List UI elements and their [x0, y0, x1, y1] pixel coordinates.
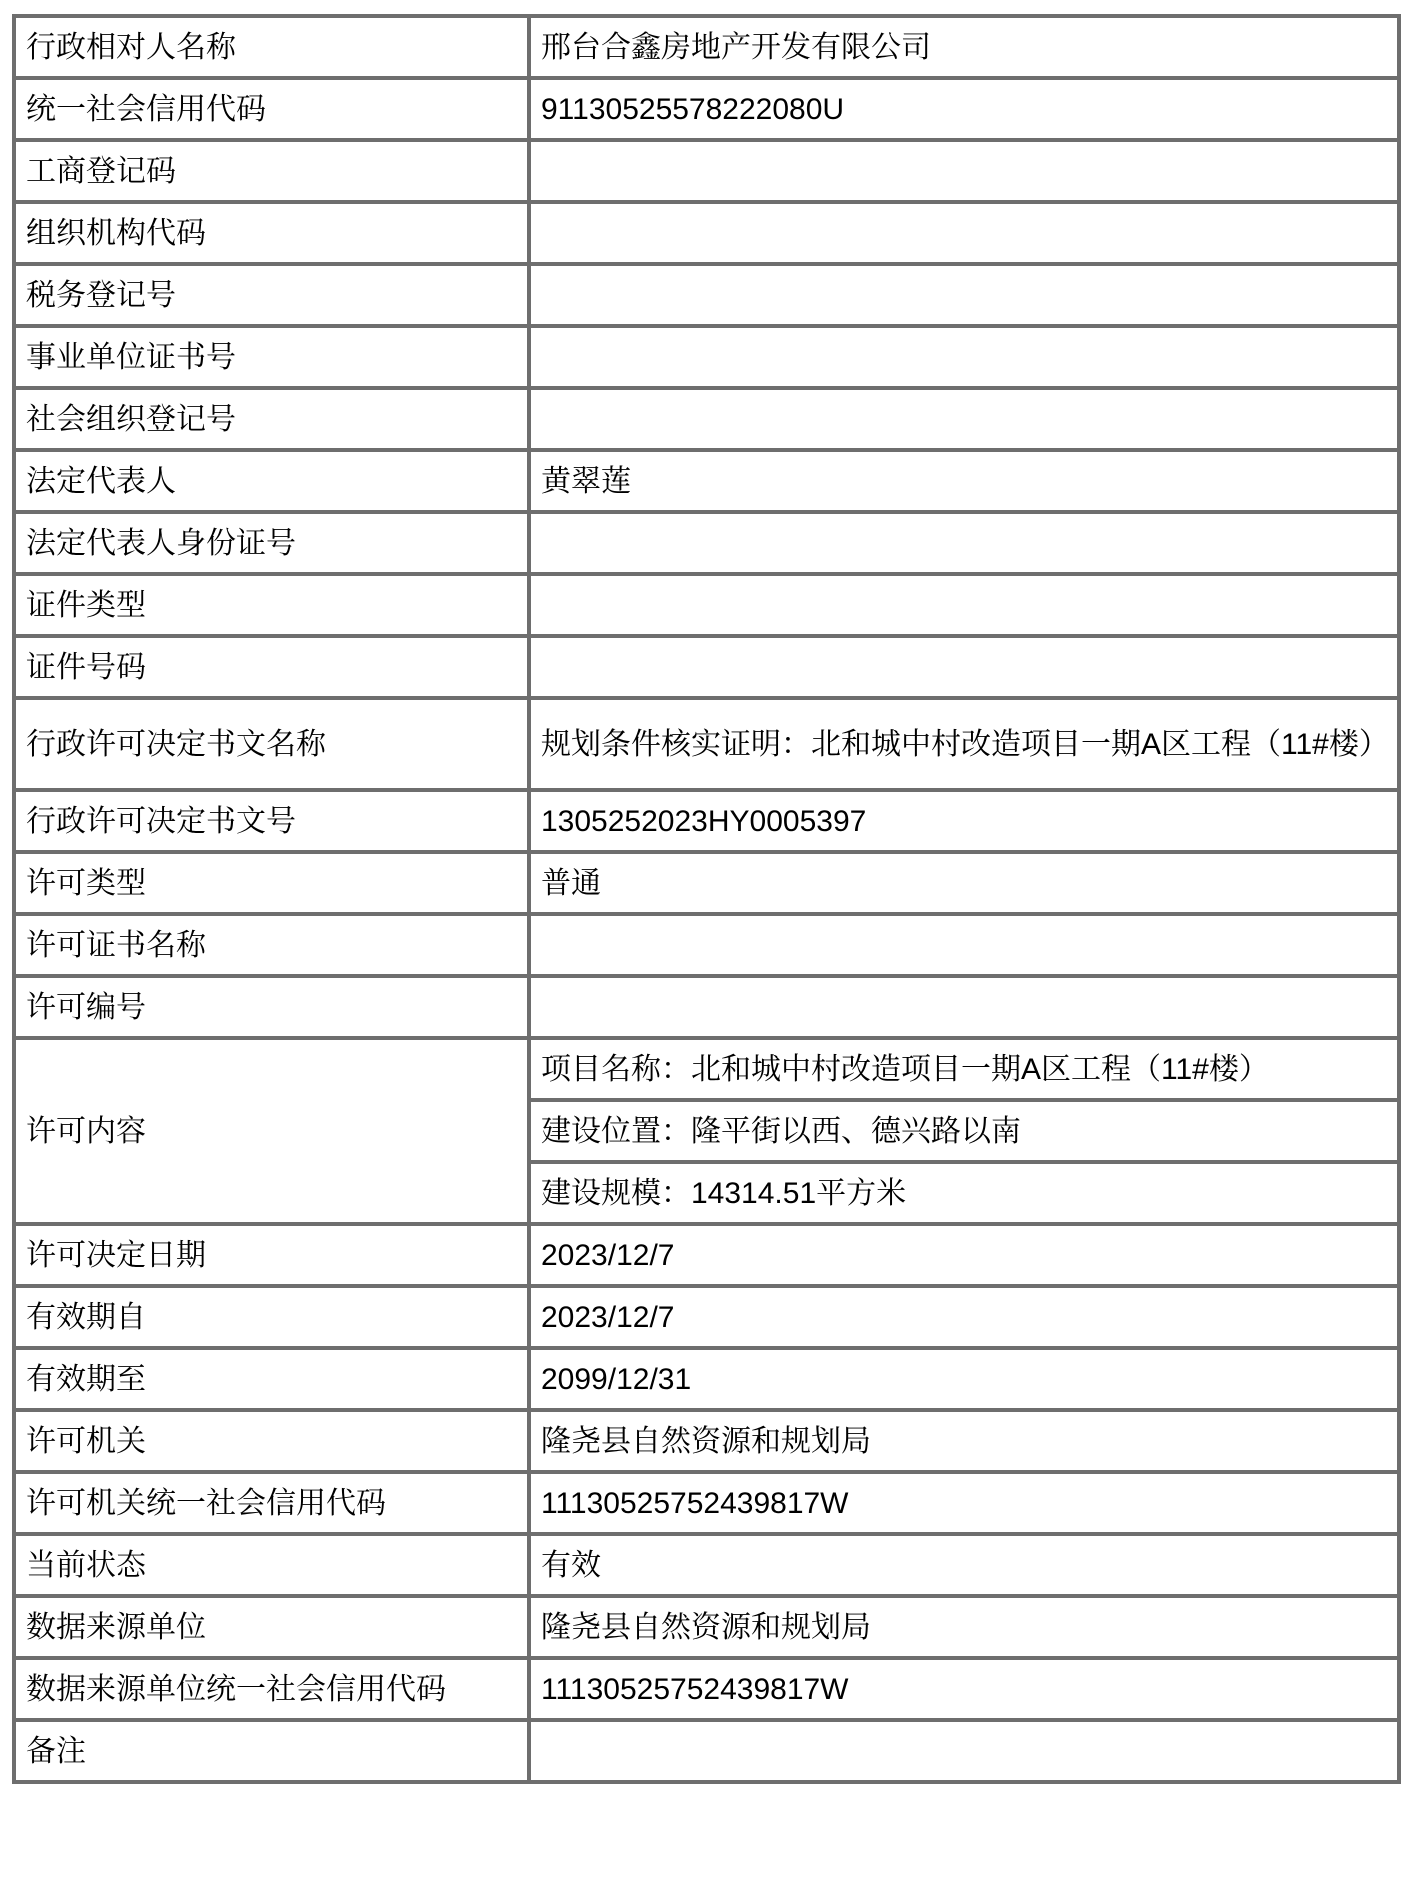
table-row: 许可决定日期 2023/12/7 [14, 1224, 1399, 1286]
table-row: 法定代表人 黄翠莲 [14, 450, 1399, 512]
row-label: 有效期至 [14, 1348, 529, 1410]
row-value: 2023/12/7 [529, 1286, 1399, 1348]
row-label: 数据来源单位统一社会信用代码 [14, 1658, 529, 1720]
row-value [529, 574, 1399, 636]
table-row: 统一社会信用代码 91130525578222080U [14, 78, 1399, 140]
table-row: 数据来源单位统一社会信用代码 11130525752439817W [14, 1658, 1399, 1720]
row-label: 许可决定日期 [14, 1224, 529, 1286]
row-label: 证件类型 [14, 574, 529, 636]
row-label: 法定代表人 [14, 450, 529, 512]
table-row: 许可证书名称 [14, 914, 1399, 976]
row-label: 数据来源单位 [14, 1596, 529, 1658]
row-value [529, 326, 1399, 388]
table-row: 行政许可决定书文号 1305252023HY0005397 [14, 790, 1399, 852]
row-label: 许可证书名称 [14, 914, 529, 976]
row-value: 隆尧县自然资源和规划局 [529, 1596, 1399, 1658]
row-value [529, 388, 1399, 450]
table-row: 有效期至 2099/12/31 [14, 1348, 1399, 1410]
row-label: 许可机关 [14, 1410, 529, 1472]
row-label: 有效期自 [14, 1286, 529, 1348]
license-content-item: 建设规模：14314.51平方米 [529, 1162, 1399, 1224]
row-value: 1305252023HY0005397 [529, 790, 1399, 852]
license-content-item: 建设位置：隆平街以西、德兴路以南 [529, 1100, 1399, 1162]
row-label: 工商登记码 [14, 140, 529, 202]
license-record-page: 行政相对人名称 邢台合鑫房地产开发有限公司 统一社会信用代码 911305255… [0, 0, 1414, 1890]
row-value: 有效 [529, 1534, 1399, 1596]
row-value [529, 976, 1399, 1038]
table-row: 税务登记号 [14, 264, 1399, 326]
table-row: 许可机关统一社会信用代码 11130525752439817W [14, 1472, 1399, 1534]
row-label: 许可机关统一社会信用代码 [14, 1472, 529, 1534]
table-row: 社会组织登记号 [14, 388, 1399, 450]
row-label: 当前状态 [14, 1534, 529, 1596]
row-value [529, 202, 1399, 264]
row-value: 邢台合鑫房地产开发有限公司 [529, 16, 1399, 78]
row-label: 行政相对人名称 [14, 16, 529, 78]
row-label: 统一社会信用代码 [14, 78, 529, 140]
row-label: 备注 [14, 1720, 529, 1782]
row-value [529, 264, 1399, 326]
row-value [529, 140, 1399, 202]
row-value: 11130525752439817W [529, 1472, 1399, 1534]
table-row: 许可编号 [14, 976, 1399, 1038]
row-value: 规划条件核实证明：北和城中村改造项目一期A区工程（11#楼） [529, 698, 1399, 790]
row-label: 行政许可决定书文名称 [14, 698, 529, 790]
row-value [529, 914, 1399, 976]
row-value: 2099/12/31 [529, 1348, 1399, 1410]
table-row: 工商登记码 [14, 140, 1399, 202]
row-label: 许可编号 [14, 976, 529, 1038]
row-value: 普通 [529, 852, 1399, 914]
row-label: 事业单位证书号 [14, 326, 529, 388]
table-row-license-content: 许可内容 项目名称：北和城中村改造项目一期A区工程（11#楼） [14, 1038, 1399, 1100]
table-row: 数据来源单位 隆尧县自然资源和规划局 [14, 1596, 1399, 1658]
table-row: 证件号码 [14, 636, 1399, 698]
row-label: 法定代表人身份证号 [14, 512, 529, 574]
table-row: 有效期自 2023/12/7 [14, 1286, 1399, 1348]
row-label: 行政许可决定书文号 [14, 790, 529, 852]
table-row: 许可类型 普通 [14, 852, 1399, 914]
row-value: 隆尧县自然资源和规划局 [529, 1410, 1399, 1472]
row-value [529, 636, 1399, 698]
table-row: 备注 [14, 1720, 1399, 1782]
row-label: 许可类型 [14, 852, 529, 914]
table-row: 证件类型 [14, 574, 1399, 636]
row-value [529, 1720, 1399, 1782]
row-label: 社会组织登记号 [14, 388, 529, 450]
row-label: 组织机构代码 [14, 202, 529, 264]
table-row: 许可机关 隆尧县自然资源和规划局 [14, 1410, 1399, 1472]
row-value: 11130525752439817W [529, 1658, 1399, 1720]
license-content-item: 项目名称：北和城中村改造项目一期A区工程（11#楼） [529, 1038, 1399, 1100]
table-row: 组织机构代码 [14, 202, 1399, 264]
row-value: 2023/12/7 [529, 1224, 1399, 1286]
table-row: 当前状态 有效 [14, 1534, 1399, 1596]
table-row: 行政相对人名称 邢台合鑫房地产开发有限公司 [14, 16, 1399, 78]
table-row: 事业单位证书号 [14, 326, 1399, 388]
table-row: 行政许可决定书文名称 规划条件核实证明：北和城中村改造项目一期A区工程（11#楼… [14, 698, 1399, 790]
row-label: 税务登记号 [14, 264, 529, 326]
license-table: 行政相对人名称 邢台合鑫房地产开发有限公司 统一社会信用代码 911305255… [12, 14, 1401, 1784]
row-label: 许可内容 [14, 1038, 529, 1224]
row-label: 证件号码 [14, 636, 529, 698]
row-value [529, 512, 1399, 574]
row-value: 91130525578222080U [529, 78, 1399, 140]
row-value: 黄翠莲 [529, 450, 1399, 512]
table-row: 法定代表人身份证号 [14, 512, 1399, 574]
